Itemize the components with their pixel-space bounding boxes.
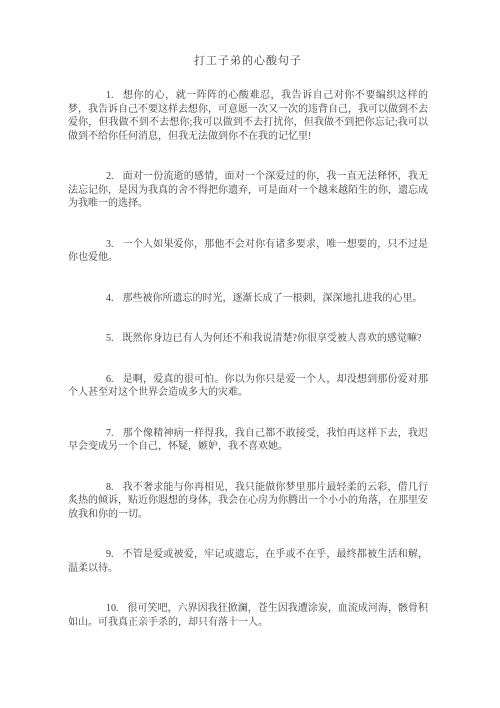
sentence-item-5: 5.既然你身边已有人为何还不和我说清楚?你很享受被人喜欢的感觉嘛? <box>68 332 428 346</box>
sentence-item-10: 10.很可笑吧，六界因我狂掀澜，苍生因我遭涂炭，血流成河海，骸骨积如山。可我真正… <box>68 602 428 629</box>
item-number: 5. <box>106 332 114 346</box>
item-number: 4. <box>106 292 114 306</box>
sentence-item-9: 9.不管是爱或被爱，牢记或遗忘，在乎或不在乎，最终都被生活和解，温柔以待。 <box>68 548 428 575</box>
sentence-text: 想你的心，就一阵阵的心酸难忍，我告诉自己对你不要编织这样的梦，我告诉自己不要这样… <box>68 90 428 142</box>
sentence-item-7: 7.那个像精神病一样得我，我自己都不敢接受，我怕再这样下去，我迟早会变成另一个自… <box>68 427 428 454</box>
sentence-text: 一个人如果爱你，那他不会对你有诸多要求，唯一想要的，只不过是你也爱他。 <box>68 239 428 264</box>
sentence-item-8: 8.我不奢求能与你再相见，我只能做你梦里那片最轻柔的云彩，借几行炙热的倾诉，贴近… <box>68 481 428 522</box>
sentence-text: 那些被你所遗忘的时光，逐渐长成了一根刺，深深地扎进我的心里。 <box>123 293 423 304</box>
item-number: 9. <box>106 548 114 562</box>
item-number: 7. <box>106 427 114 441</box>
sentence-text: 很可笑吧，六界因我狂掀澜，苍生因我遭涂炭，血流成河海，骸骨积如山。可我真正亲手杀… <box>68 603 428 628</box>
sentence-text: 我不奢求能与你再相见，我只能做你梦里那片最轻柔的云彩，借几行炙热的倾诉，贴近你遐… <box>68 482 428 520</box>
item-number: 1. <box>106 89 114 103</box>
sentence-text: 不管是爱或被爱，牢记或遗忘，在乎或不在乎，最终都被生活和解，温柔以待。 <box>68 549 428 574</box>
sentence-item-1: 1.想你的心，就一阵阵的心酸难忍，我告诉自己对你不要编织这样的梦，我告诉自己不要… <box>68 89 428 143</box>
sentence-item-4: 4.那些被你所遗忘的时光，逐渐长成了一根刺，深深地扎进我的心里。 <box>68 292 428 306</box>
item-number: 10. <box>106 602 119 616</box>
sentence-text: 那个像精神病一样得我，我自己都不敢接受，我怕再这样下去，我迟早会变成另一个自己，… <box>68 428 428 453</box>
item-number: 2. <box>106 170 114 184</box>
sentence-text: 是啊，爱真的很可怕。你以为你只是爱一个人，却没想到那份爱对那个人甚至对这个世界会… <box>68 374 428 399</box>
item-number: 3. <box>106 238 114 252</box>
sentence-item-3: 3.一个人如果爱你，那他不会对你有诸多要求，唯一想要的，只不过是你也爱他。 <box>68 238 428 265</box>
sentence-text: 既然你身边已有人为何还不和我说清楚?你很享受被人喜欢的感觉嘛? <box>123 333 422 344</box>
document-page: 打工子弟的心酸句子 1.想你的心，就一阵阵的心酸难忍，我告诉自己对你不要编织这样… <box>0 0 500 708</box>
item-number: 8. <box>106 481 114 495</box>
sentence-text: 面对一份流逝的感情，面对一个深爱过的你，我一直无法释怀，我无法忘记你，是因为我真… <box>68 171 428 209</box>
sentence-item-2: 2.面对一份流逝的感情，面对一个深爱过的你，我一直无法释怀，我无法忘记你，是因为… <box>68 170 428 211</box>
document-title: 打工子弟的心酸句子 <box>68 52 428 68</box>
sentence-item-6: 6.是啊，爱真的很可怕。你以为你只是爱一个人，却没想到那份爱对那个人甚至对这个世… <box>68 373 428 400</box>
item-number: 6. <box>106 373 114 387</box>
